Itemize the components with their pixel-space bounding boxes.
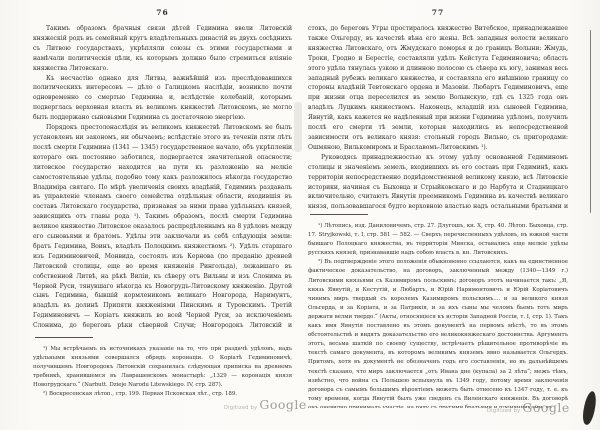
page-left: 76 Такимъ образомъ брачныя связи дѣтей Г… xyxy=(33,0,292,430)
watermark-prefix: Digitized by xyxy=(224,405,257,411)
google-watermark: Digitized byGoogle xyxy=(487,397,570,416)
body-text-right: стокъ, до береговъ Угры простиралось кня… xyxy=(308,24,568,211)
footnote-separator xyxy=(35,337,93,338)
page-number-left: 76 xyxy=(33,8,292,17)
gutter-shadow xyxy=(294,102,302,152)
watermark-prefix: Digitized by xyxy=(487,408,520,414)
footnote: ²) Въ подтвержденіе этого положенія обык… xyxy=(308,258,568,408)
google-logo-text: Google xyxy=(522,400,569,415)
scan-artifact-ink-blob xyxy=(580,390,598,426)
body-text-left: Такимъ образомъ брачныя связи дѣтей Геди… xyxy=(33,24,292,331)
footnote: ¹) Мы встрѣчаемъ въ источникахъ указаніе… xyxy=(33,345,292,390)
scan-artifact-edge-line xyxy=(590,30,591,213)
footnote-separator xyxy=(310,214,368,215)
footnote: ¹) Лѣтопись, изд. Даниловичемъ, стр. 27.… xyxy=(308,222,568,258)
footnotes-right: ¹) Лѣтопись, изд. Даниловичемъ, стр. 27.… xyxy=(308,222,568,408)
body-paragraph: Къ несчастію однако для Литвы, важнѣйшій… xyxy=(33,74,292,124)
page-number-right: 77 xyxy=(308,8,568,17)
body-paragraph: Руководясь принадлежностью къ этому удѣл… xyxy=(308,153,568,211)
body-paragraph: Порядокъ престолонаслѣдія въ великомъ кн… xyxy=(33,123,292,331)
google-watermark: Digitized byGoogle xyxy=(224,394,307,413)
body-paragraph: стокъ, до береговъ Угры простиралось кня… xyxy=(308,24,568,153)
page-right: 77 стокъ, до береговъ Угры простиралось … xyxy=(308,0,568,430)
google-logo-text: Google xyxy=(259,397,306,412)
body-paragraph: Такимъ образомъ брачныя связи дѣтей Геди… xyxy=(33,24,292,74)
